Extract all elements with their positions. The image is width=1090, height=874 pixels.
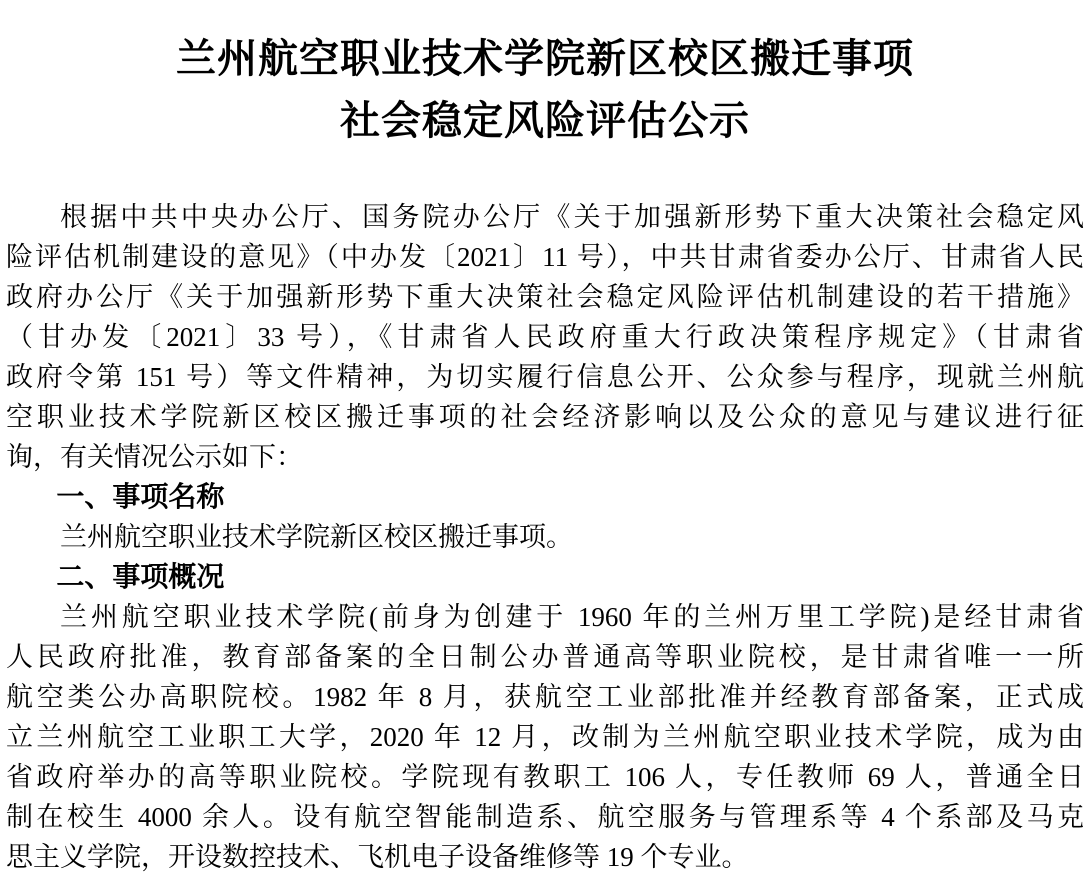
text-line: 思主义学院，开设数控技术、飞机电子设备维修等 19 个专业。 <box>6 837 1084 874</box>
text-line: 空职业技术学院新区校区搬迁事项的社会经济影响以及公众的意见与建议进行征 <box>6 397 1084 437</box>
text-line: 航空类公办高职院校。1982 年 8 月，获航空工业部批准并经教育部备案，正式成 <box>6 677 1084 717</box>
section-heading-2: 二、事项概况 <box>6 557 1084 597</box>
document-title: 兰州航空职业技术学院新区校区搬迁事项 社会稳定风险评估公示 <box>6 0 1084 152</box>
text-line: 险评估机制建设的意见》（中办发〔2021〕11 号），中共甘肃省委办公厅、甘肃省… <box>6 237 1084 277</box>
title-line-2: 社会稳定风险评估公示 <box>6 90 1084 152</box>
text-line: 兰州航空职业技术学院新区校区搬迁事项。 <box>6 517 1084 557</box>
text-line: 省政府举办的高等职业院校。学院现有教职工 106 人，专任教师 69 人，普通全… <box>6 757 1084 797</box>
document-body: 根据中共中央办公厅、国务院办公厅《关于加强新形势下重大决策社会稳定风 险评估机制… <box>6 197 1084 874</box>
text-line: 立兰州航空工业职工大学，2020 年 12 月，改制为兰州航空职业技术学院，成为… <box>6 717 1084 757</box>
text-line: （甘办发〔2021〕33 号），《甘肃省人民政府重大行政决策程序规定》（甘肃省 <box>6 317 1084 357</box>
text-line: 政府令第 151 号）等文件精神，为切实履行信息公开、公众参与程序，现就兰州航 <box>6 357 1084 397</box>
section-heading-1: 一、事项名称 <box>6 477 1084 517</box>
text-line: 人民政府批准，教育部备案的全日制公办普通高等职业院校，是甘肃省唯一一所 <box>6 637 1084 677</box>
document-page: 兰州航空职业技术学院新区校区搬迁事项 社会稳定风险评估公示 根据中共中央办公厅、… <box>0 0 1090 874</box>
text-line: 制在校生 4000 余人。设有航空智能制造系、航空服务与管理系等 4 个系部及马… <box>6 797 1084 837</box>
title-line-1: 兰州航空职业技术学院新区校区搬迁事项 <box>6 28 1084 90</box>
text-line: 询，有关情况公示如下： <box>6 437 1084 477</box>
text-line: 根据中共中央办公厅、国务院办公厅《关于加强新形势下重大决策社会稳定风 <box>6 197 1084 237</box>
text-line: 兰州航空职业技术学院(前身为创建于 1960 年的兰州万里工学院)是经甘肃省 <box>6 597 1084 637</box>
text-line: 政府办公厅《关于加强新形势下重大决策社会稳定风险评估机制建设的若干措施》 <box>6 277 1084 317</box>
